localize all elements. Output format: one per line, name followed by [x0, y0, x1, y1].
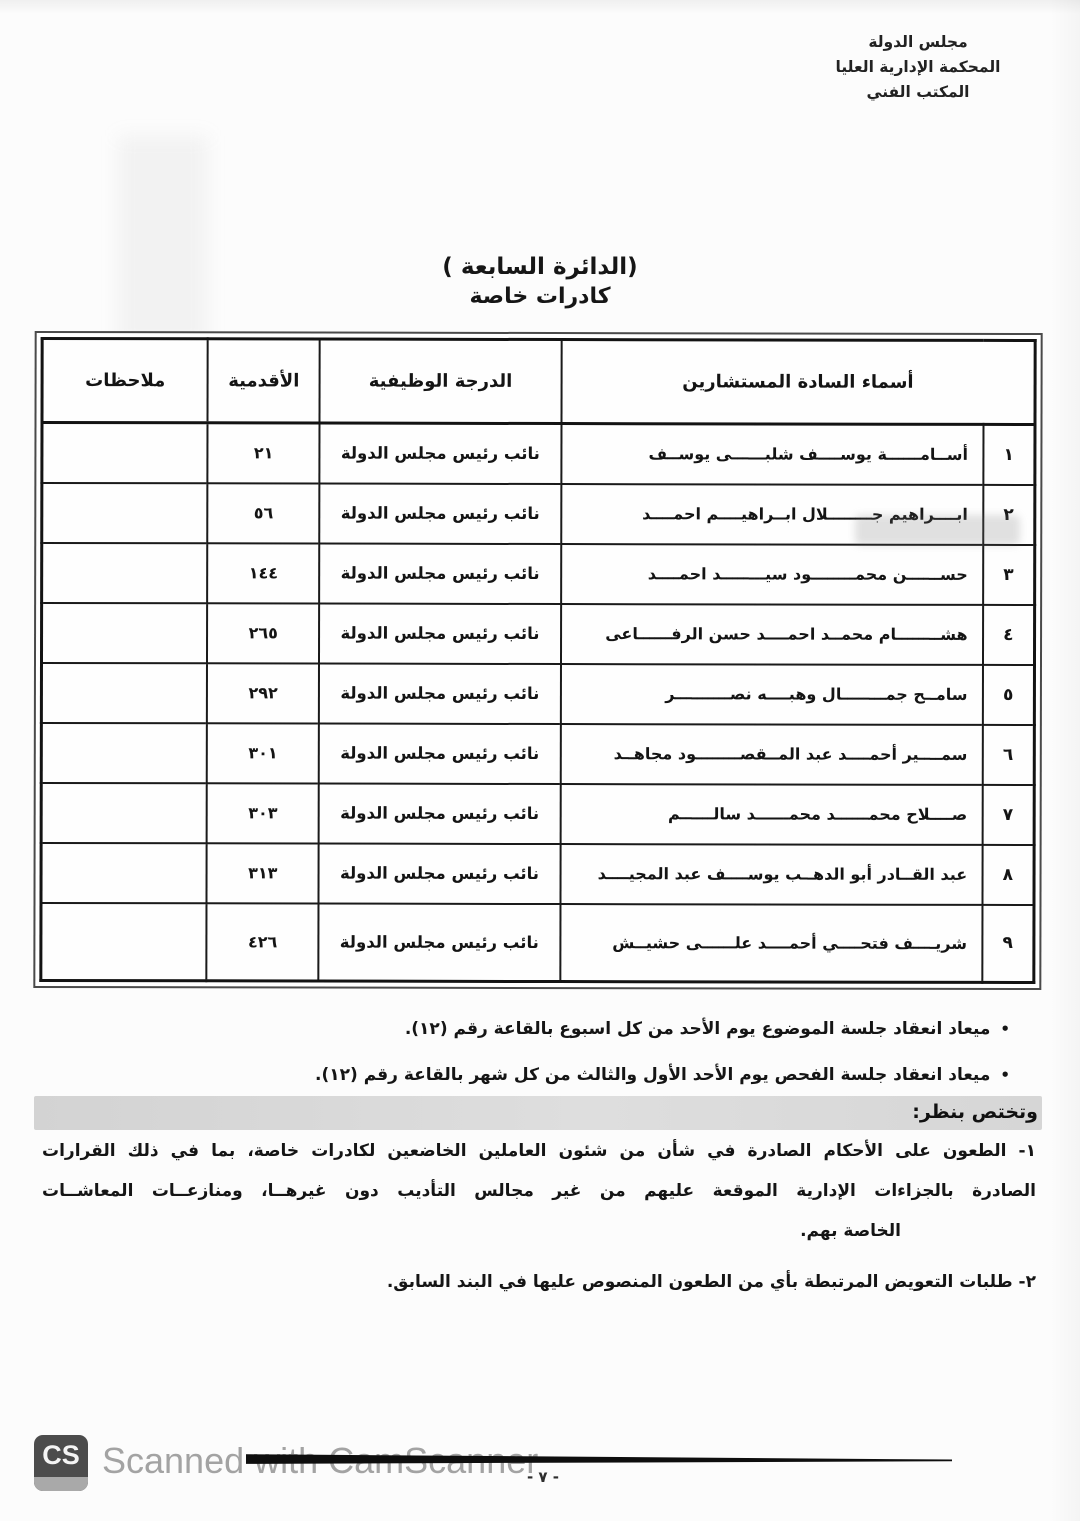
notes-cell: [41, 722, 207, 782]
footer: CS Scanned with CamScanner - ٧ -: [0, 1430, 1080, 1520]
job-grade: نائب رئيس مجلس الدولة: [319, 543, 561, 604]
scan-smudge: [118, 136, 208, 346]
counselor-name: عبد القــادر أبو الدهــب يوســــف عبد ال…: [560, 844, 982, 905]
table-row: ٨ عبد القــادر أبو الدهــب يوســــف عبد …: [41, 842, 1034, 904]
camscanner-logo-text: CS: [34, 1435, 88, 1475]
counselor-name: حســــــن محمــــــــود سيــــــــد احمـ…: [561, 544, 983, 605]
notes-cell: [41, 842, 207, 902]
seniority-value: ٢٩٢: [207, 663, 319, 723]
circuit-subtitle: كادرات خاصة: [0, 282, 1080, 312]
table-row: ٥ سامــح جمــــــــال وهبــــه نصـــــــ…: [41, 662, 1034, 724]
seniority-value: ٣٠٣: [207, 783, 319, 843]
letterhead-line-council: مجلس الدولة: [818, 30, 1018, 55]
notes-cell: [41, 662, 207, 722]
job-grade: نائب رئيس مجلس الدولة: [319, 663, 561, 724]
notes-cell: [41, 902, 207, 980]
row-number: ٣: [983, 544, 1035, 604]
row-number: ٩: [982, 904, 1034, 982]
table-row: ٤ هشــــــــام محمــد احمــــد حسن الرفـ…: [41, 602, 1034, 664]
scan-smudge: [855, 515, 1020, 545]
row-number: ٧: [982, 784, 1034, 844]
counselor-name: صــــلاح محمــــــد محمــــــد سالــــــ…: [560, 784, 982, 845]
bullet-text: ميعاد انعقاد جلسة الموضوع يوم الأحد من ك…: [405, 1019, 991, 1039]
counselor-name: هشــــــــام محمــد احمــــد حسن الرفـــ…: [561, 604, 983, 665]
jurisdiction-item-2: ٢- طلبات التعويض المرتبطة بأي من الطعون …: [42, 1262, 1036, 1302]
jurisdiction-items: ١- الطعون على الأحكام الصادرة في شأن من …: [42, 1131, 1036, 1302]
header-notes: ملاحظات: [42, 338, 208, 422]
table-row: ٦ سمــــير أحمــــد عبد المــقصــــــــو…: [41, 722, 1034, 784]
notes-cell: [41, 602, 207, 662]
bullet-dot-icon: [990, 1019, 1010, 1039]
notes-cell: [41, 782, 207, 842]
judges-table: أسماء السادة المستشارين الدرجة الوظيفية …: [39, 337, 1036, 984]
session-notes: ميعاد انعقاد جلسة الموضوع يوم الأحد من ك…: [60, 1016, 1010, 1108]
row-number: ١: [983, 424, 1035, 484]
scanned-document-page: مجلس الدولة المحكمة الإدارية العليا المك…: [0, 0, 1080, 1521]
jurisdiction-item-line: الصادرة بالجزاءات الإدارية الموقعة عليهم…: [42, 1171, 1036, 1211]
seniority-value: ٣٠١: [207, 723, 319, 783]
bullet-item: ميعاد انعقاد جلسة الموضوع يوم الأحد من ك…: [60, 1016, 1010, 1042]
camscanner-logo-icon: CS: [34, 1435, 88, 1491]
jurisdiction-item-line: الخاصة بهم.: [42, 1211, 1036, 1251]
jurisdiction-item-1: ١- الطعون على الأحكام الصادرة في شأن من …: [42, 1131, 1036, 1251]
header-names: أسماء السادة المستشارين: [561, 340, 1035, 425]
row-number: ٨: [982, 844, 1034, 904]
jurisdiction-heading: وتختص بنظر:: [34, 1096, 1042, 1129]
table-row: ٩ شريــــف فتحــــي أحمــــد علــــــى ح…: [41, 902, 1034, 982]
seniority-value: ٣١٣: [207, 843, 319, 903]
notes-cell: [42, 542, 208, 602]
camscanner-logo-tab: [34, 1477, 88, 1491]
page-title: (الدائرة السابعة ) كادرات خاصة: [0, 252, 1080, 312]
header-seniority: الأقدمية: [208, 339, 320, 423]
job-grade: نائب رئيس مجلس الدولة: [319, 843, 561, 904]
bullet-dot-icon: [990, 1065, 1010, 1085]
seniority-value: ١٤٤: [207, 543, 319, 603]
counselor-name: سمــــير أحمــــد عبد المــقصــــــــود …: [560, 724, 982, 785]
row-number: ٦: [982, 724, 1034, 784]
counselor-name: أســامــــــة يوســــف شلبــــــى يوســف: [561, 424, 983, 485]
seniority-value: ٢٦٥: [207, 603, 319, 663]
job-grade: نائب رئيس مجلس الدولة: [320, 423, 562, 484]
jurisdiction-heading-band: وتختص بنظر:: [34, 1096, 1042, 1130]
header-grade: الدرجة الوظيفية: [320, 339, 562, 424]
row-number: ٤: [983, 604, 1035, 664]
counselor-name: سامــح جمــــــــال وهبــــه نصـــــــــ…: [561, 664, 983, 725]
table-header-row: أسماء السادة المستشارين الدرجة الوظيفية …: [42, 338, 1035, 424]
jurisdiction-item-line: ١- الطعون على الأحكام الصادرة في شأن من …: [42, 1131, 1036, 1171]
table-row: ١ أســامــــــة يوســــف شلبــــــى يوسـ…: [42, 422, 1035, 484]
table-row: ٣ حســــــن محمــــــــود سيــــــــد اح…: [42, 542, 1035, 604]
job-grade: نائب رئيس مجلس الدولة: [319, 783, 561, 844]
circuit-title: (الدائرة السابعة ): [0, 252, 1080, 282]
job-grade: نائب رئيس مجلس الدولة: [319, 723, 561, 784]
seniority-value: ٥٦: [208, 483, 320, 543]
notes-cell: [42, 422, 208, 482]
row-number: ٥: [982, 664, 1034, 724]
page-number: - ٧ -: [498, 1468, 588, 1486]
table-row: ٧ صــــلاح محمــــــد محمــــــد سالــــ…: [41, 782, 1034, 844]
letterhead-line-office: المكتب الفني: [818, 80, 1018, 105]
seniority-value: ٤٢٦: [207, 903, 319, 981]
bullet-item: ميعاد انعقاد جلسة الفحص يوم الأحد الأول …: [60, 1062, 1010, 1088]
counselor-name: شريــــف فتحــــي أحمــــد علــــــى حشي…: [560, 904, 982, 983]
seniority-value: ٢١: [208, 423, 320, 483]
letterhead-line-court: المحكمة الإدارية العليا: [818, 55, 1018, 80]
notes-cell: [42, 482, 208, 542]
job-grade: نائب رئيس مجلس الدولة: [319, 903, 561, 982]
job-grade: نائب رئيس مجلس الدولة: [319, 603, 561, 664]
bullet-text: ميعاد انعقاد جلسة الفحص يوم الأحد الأول …: [315, 1065, 990, 1085]
letterhead: مجلس الدولة المحكمة الإدارية العليا المك…: [818, 30, 1018, 105]
job-grade: نائب رئيس مجلس الدولة: [319, 483, 561, 544]
